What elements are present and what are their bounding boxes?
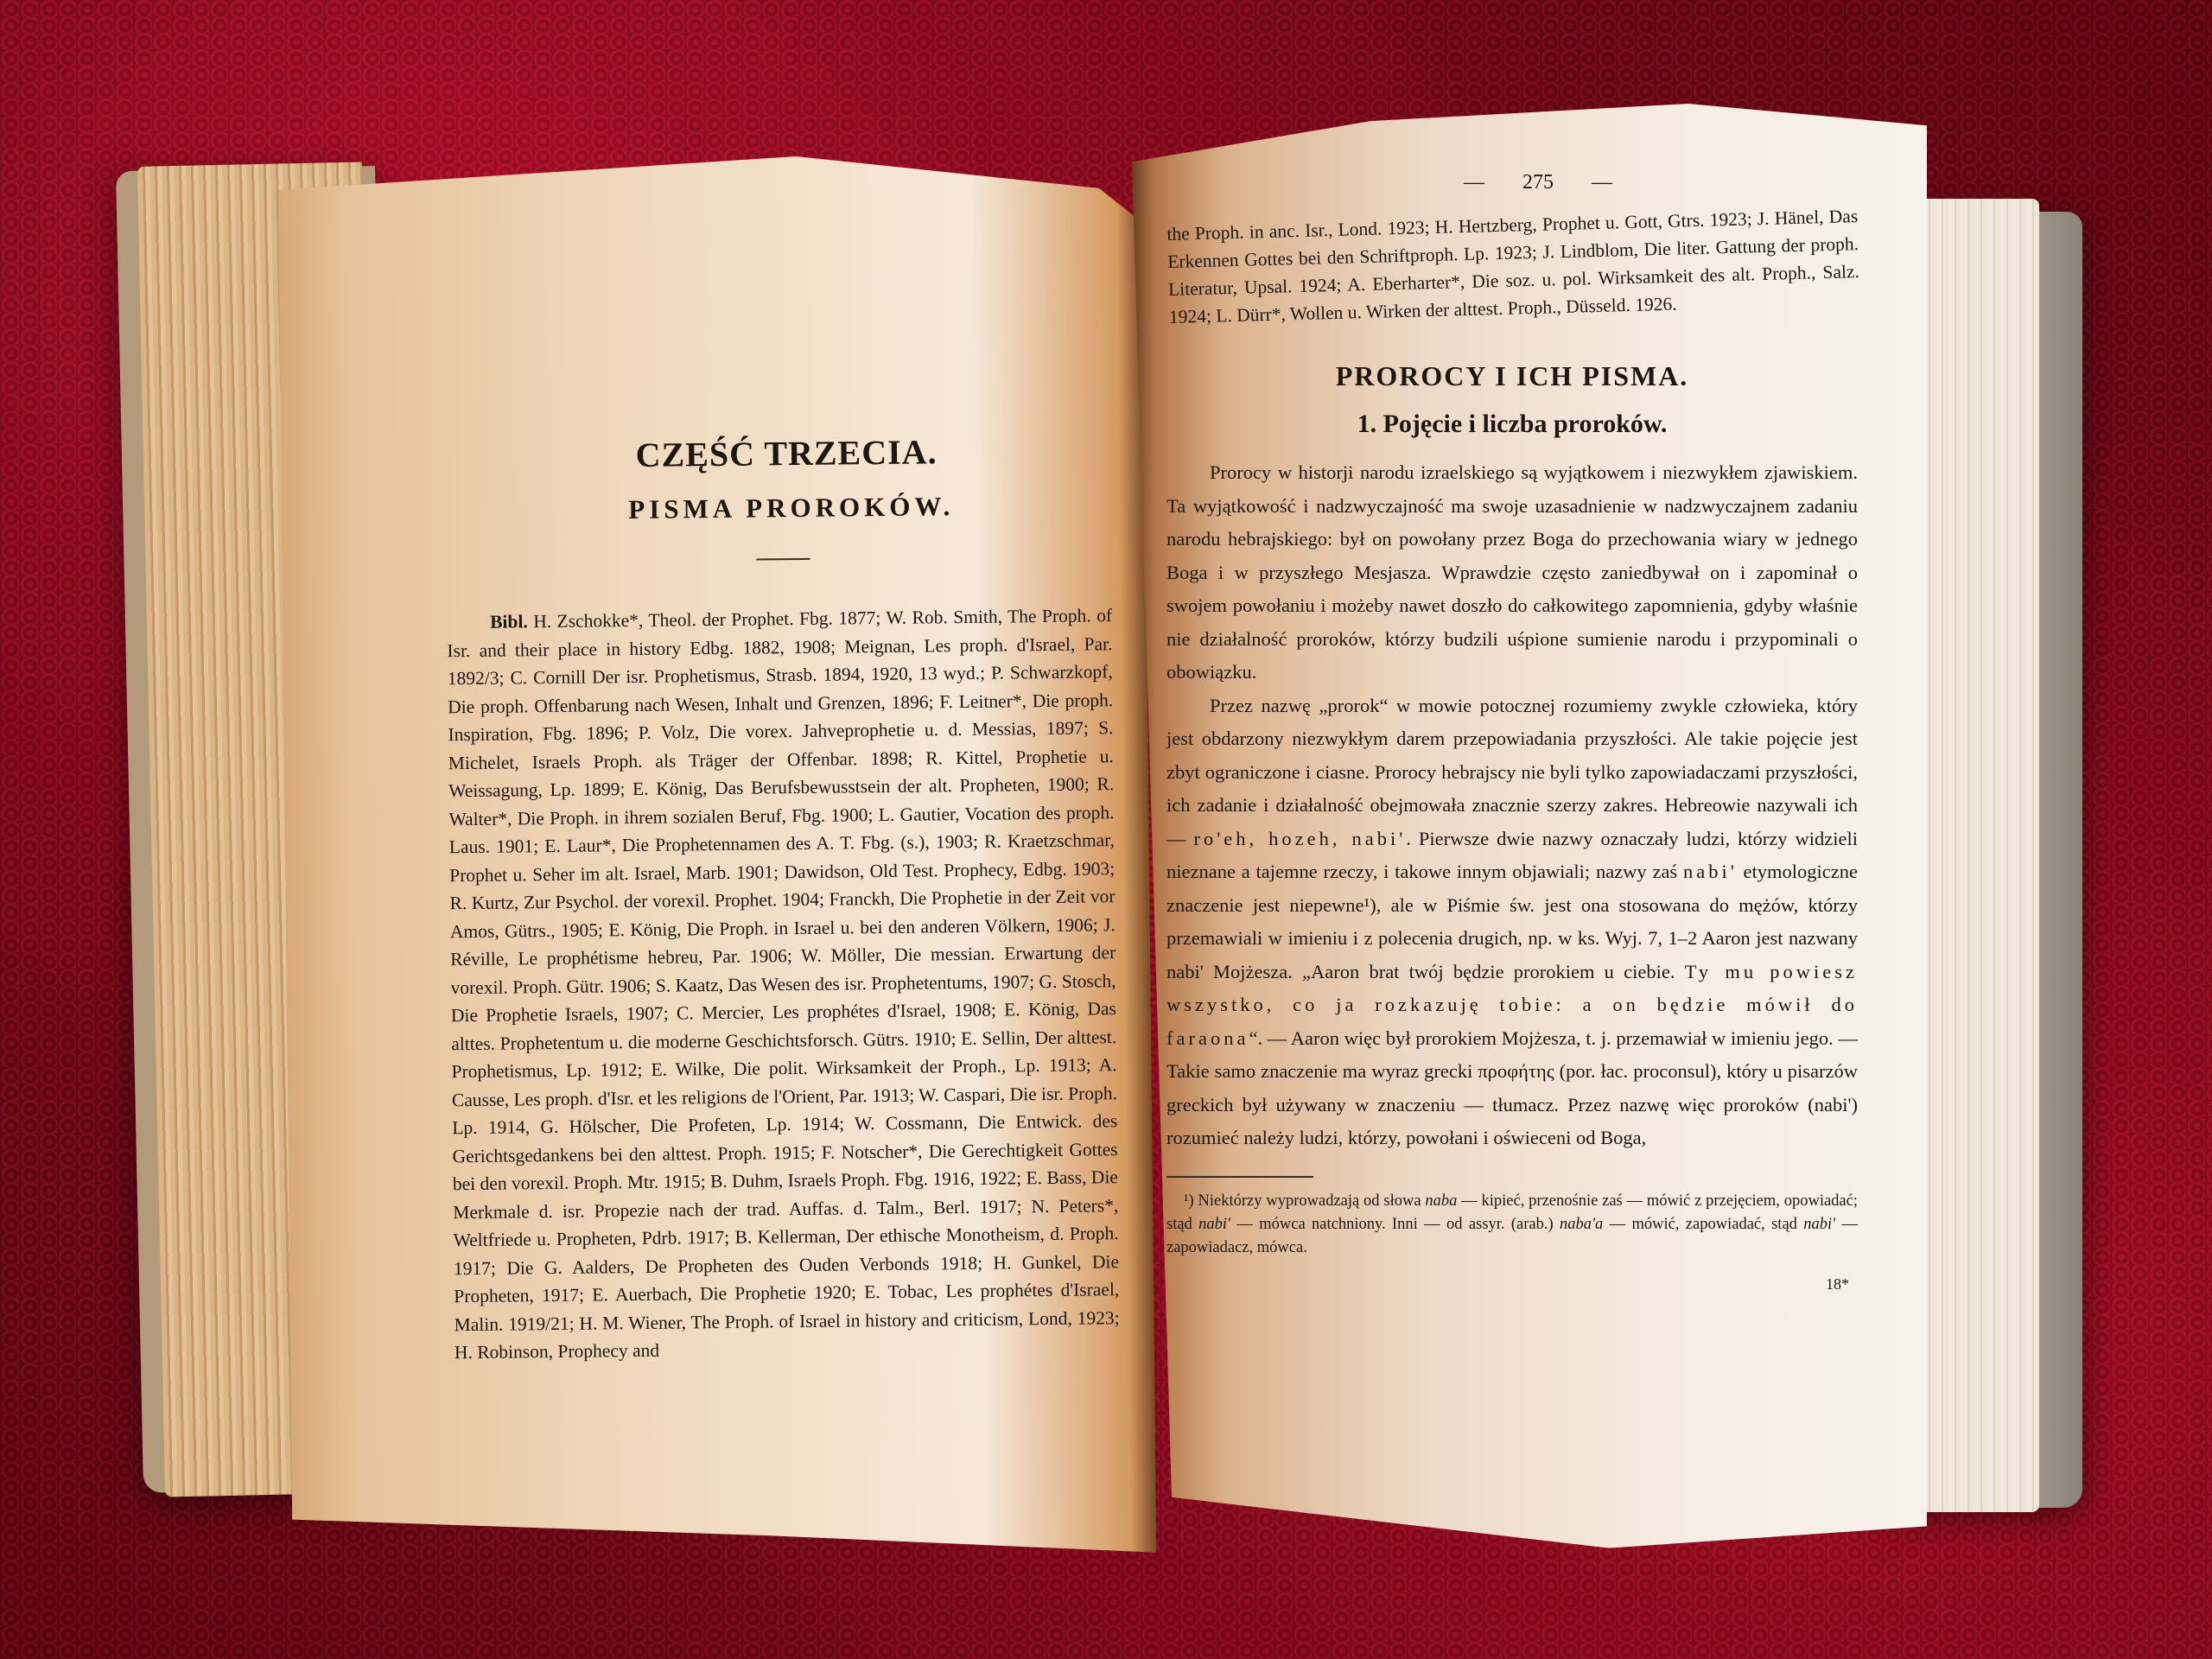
footnote-term: nabi' bbox=[1803, 1216, 1835, 1233]
paragraph-2-text: “. — Aaron więc był prorokiem Mojżesza, … bbox=[1166, 1027, 1858, 1149]
footnote-marker: ¹) bbox=[1184, 1192, 1194, 1210]
page-number-dash-left: — bbox=[1464, 171, 1484, 194]
hebrew-term-nabi: nabi' bbox=[1683, 861, 1738, 882]
bibliography-label: Bibl. bbox=[490, 611, 528, 632]
page-number-header: —275— bbox=[1218, 171, 1858, 194]
footnote-term: nabi' bbox=[1198, 1216, 1230, 1233]
paragraph-2-text: Przez nazwę „prorok“ w mowie potocznej r… bbox=[1166, 695, 1858, 849]
hebrew-terms: ro'eh, hozeh, nabi' bbox=[1194, 828, 1407, 849]
part-subtitle: PISMA PROROKÓW. bbox=[446, 489, 1120, 527]
body-text: Prorocy w historji narodu izraelskiego s… bbox=[1166, 456, 1858, 1155]
subsection-title: 1. Pojęcie i liczba proroków. bbox=[1166, 410, 1858, 439]
page-number-dash-right: — bbox=[1592, 171, 1612, 194]
footnote: ¹) Niektórzy wyprowadzają od słowa naba … bbox=[1166, 1190, 1858, 1260]
footnote-text: — mówić, zapowiadać, stąd bbox=[1603, 1216, 1803, 1233]
footnote-divider bbox=[1166, 1176, 1313, 1178]
paragraph-2: Przez nazwę „prorok“ w mowie potocznej r… bbox=[1166, 690, 1858, 1155]
page-number: 275 bbox=[1522, 171, 1554, 194]
right-page: —275— the Proph. in anc. Isr., Lond. 192… bbox=[1132, 104, 1927, 1555]
bibliography-paragraph: Bibl. H. Zschokke*, Theol. der Prophet. … bbox=[447, 601, 1128, 1367]
part-title: CZĘŚĆ TRZECIA. bbox=[445, 429, 1119, 477]
section-title: PROROCY I ICH PISMA. bbox=[1166, 360, 1858, 392]
signature-mark: 18* bbox=[1166, 1275, 1858, 1294]
footnote-text: Niektórzy wyprowadzają od słowa bbox=[1194, 1192, 1426, 1210]
footnote-text: — mówca natchniony. Inni — od assyr. (ar… bbox=[1230, 1216, 1560, 1233]
bibliography-continuation: the Proph. in anc. Isr., Lond. 1923; H. … bbox=[1166, 202, 1860, 331]
title-divider bbox=[756, 558, 810, 561]
left-page: CZĘŚĆ TRZECIA. PISMA PROROKÓW. Bibl. H. … bbox=[278, 153, 1157, 1561]
bibliography-text: H. Zschokke*, Theol. der Prophet. Fbg. 1… bbox=[447, 605, 1119, 1363]
paragraph-1: Prorocy w historji narodu izraelskiego s… bbox=[1166, 456, 1858, 690]
footnote-term: naba bbox=[1425, 1192, 1457, 1210]
footnote-term: naba'a bbox=[1560, 1216, 1603, 1233]
